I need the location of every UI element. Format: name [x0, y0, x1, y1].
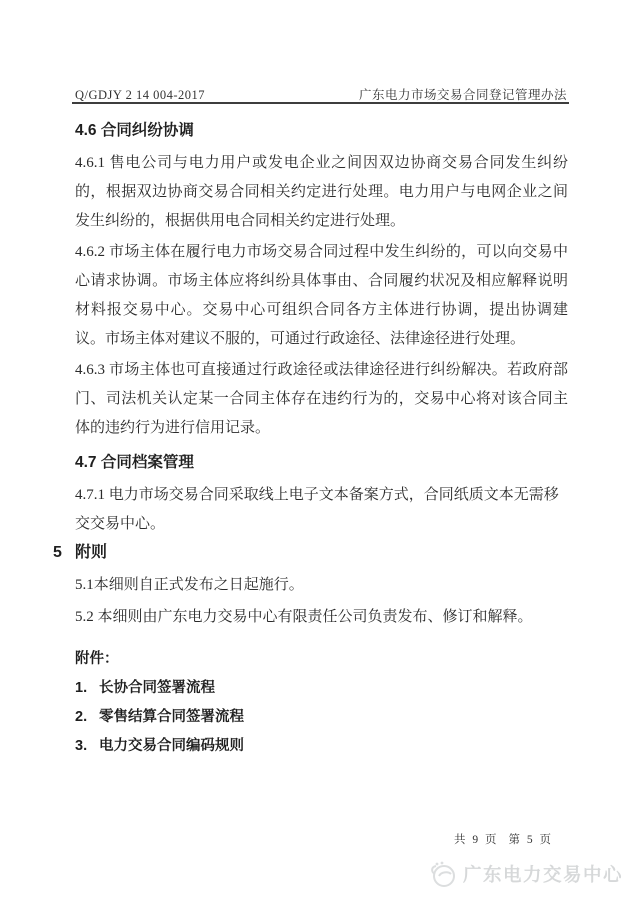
section-heading-4-6: 4.6 合同纠纷协调 — [75, 120, 568, 141]
attachment-3-number: 3. — [75, 735, 99, 757]
current-page: 第 5 页 — [509, 831, 554, 847]
total-pages: 共 9 页 — [454, 831, 499, 847]
attachment-1-title: 长协合同签署流程 — [99, 677, 215, 699]
section-5-number: 5 — [53, 542, 75, 563]
brand-watermark: 广东电力交易中心 — [426, 858, 623, 890]
attachment-item-3: 3. 电力交易合同编码规则 — [75, 735, 568, 757]
paragraph-5-1: 5.1本细则自正式发布之日起施行。 — [75, 571, 568, 600]
paragraph-4-6-1: 4.6.1 售电公司与电力用户或发电企业之间因双边协商交易合同发生纠纷的，根据双… — [75, 149, 568, 236]
attachment-1-number: 1. — [75, 677, 99, 699]
doc-title: 广东电力市场交易合同登记管理办法 — [359, 85, 567, 103]
paragraph-4-6-2: 4.6.2 市场主体在履行电力市场交易合同过程中发生纠纷的，可以向交易中心请求协… — [75, 238, 568, 354]
attachment-2-title: 零售结算合同签署流程 — [99, 706, 244, 728]
document-page: Q/GDJY 2 14 004-2017 广东电力市场交易合同登记管理办法 4.… — [0, 0, 640, 905]
page-count: 共 9 页 第 5 页 — [454, 831, 553, 847]
paragraph-5-2: 5.2 本细则由广东电力交易中心有限责任公司负责发布、修订和解释。 — [75, 603, 568, 632]
section-5-title: 附则 — [75, 542, 107, 563]
doc-code: Q/GDJY 2 14 004-2017 — [75, 88, 205, 103]
exchange-center-logo-icon — [426, 858, 458, 890]
brand-name: 广东电力交易中心 — [463, 861, 623, 887]
attachment-3-title: 电力交易合同编码规则 — [99, 735, 244, 757]
paragraph-4-7-1: 4.7.1 电力市场交易合同采取线上电子文本备案方式，合同纸质文本无需移交交易中… — [75, 481, 568, 539]
document-body: 4.6 合同纠纷协调 4.6.1 售电公司与电力用户或发电企业之间因双边协商交易… — [75, 114, 568, 757]
header-divider — [72, 102, 569, 104]
attachments-label: 附件： — [75, 649, 568, 670]
attachment-item-1: 1. 长协合同签署流程 — [75, 677, 568, 699]
running-header: Q/GDJY 2 14 004-2017 广东电力市场交易合同登记管理办法 — [75, 85, 567, 103]
section-heading-4-7: 4.7 合同档案管理 — [75, 452, 568, 473]
section-heading-5: 5 附则 — [53, 542, 568, 563]
paragraph-4-6-3: 4.6.3 市场主体也可直接通过行政途径或法律途径进行纠纷解决。若政府部门、司法… — [75, 356, 568, 443]
attachment-item-2: 2. 零售结算合同签署流程 — [75, 706, 568, 728]
attachment-2-number: 2. — [75, 706, 99, 728]
